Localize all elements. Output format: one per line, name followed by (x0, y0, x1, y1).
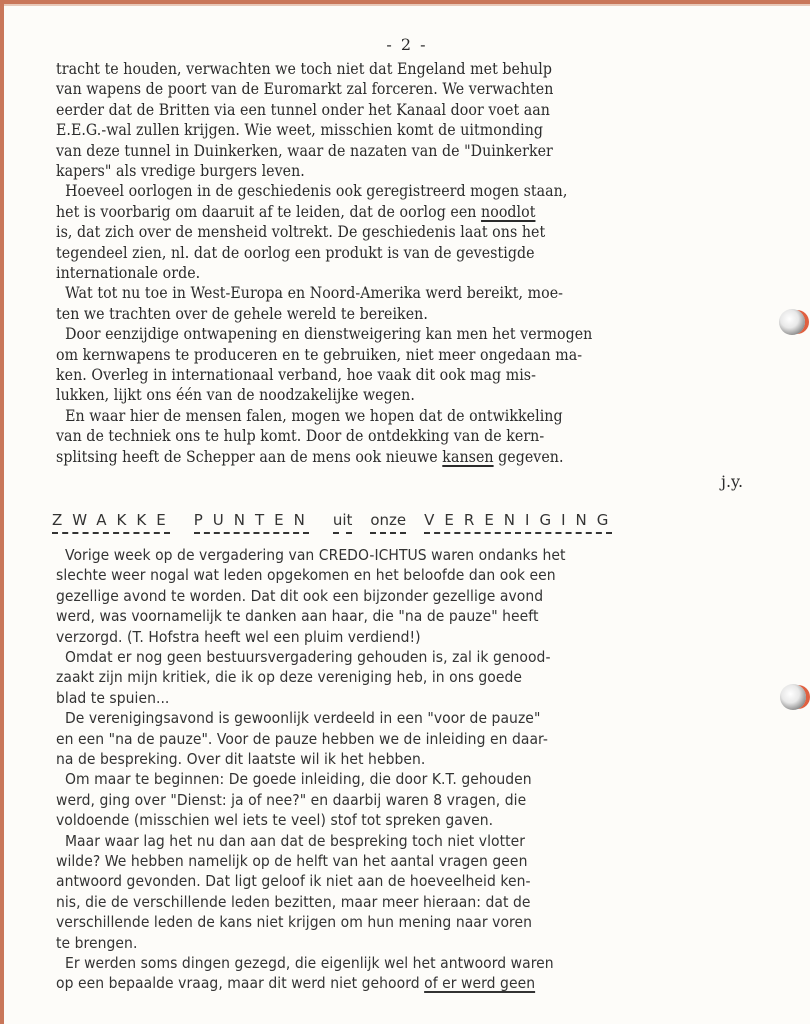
text-line: Om maar te beginnen: De goede inleiding,… (56, 770, 532, 788)
text-line: internationale orde. (56, 264, 200, 282)
text-line: wilde? We hebben namelijk op de helft va… (56, 852, 527, 870)
text-line: ten we trachten over de gehele wereld te… (56, 305, 428, 323)
text-line: tegendeel zien, nl. dat de oorlog een pr… (56, 244, 535, 262)
text-line: kapers" als vredige burgers leven. (56, 162, 305, 180)
text-line: Vorige week op de vergadering van CREDO-… (56, 546, 565, 564)
underlined-text: of er werd geen (424, 974, 535, 992)
text-line: gezellige avond te worden. Dat dit ook e… (56, 587, 543, 605)
text-line: En waar hier de mensen falen, mogen we h… (56, 407, 563, 425)
text-line: Er werden soms dingen gezegd, die eigenl… (56, 954, 554, 972)
text-line: lukken, lijkt ons één van de noodzakelij… (56, 386, 415, 404)
text-line: blad te spuien... (56, 689, 169, 707)
text-line: verschillende leden de kans niet krijgen… (56, 913, 532, 931)
text-line: is, dat zich over de mensheid voltrekt. … (56, 223, 545, 241)
text-line: en een "na de pauze". Voor de pauze hebb… (56, 730, 548, 748)
underlined-text: noodlot (481, 203, 535, 221)
text-line: om kernwapens te produceren en te gebrui… (56, 346, 582, 364)
heading-word: onze (370, 511, 406, 529)
text-line: van wapens de poort van de Euromarkt zal… (56, 80, 553, 98)
text-line: Door eenzijdige ontwapening en dienstwei… (56, 325, 592, 343)
text-line: werd, ging over "Dienst: ja of nee?" en … (56, 791, 526, 809)
text-line: op een bepaalde vraag, maar dit werd nie… (56, 974, 535, 992)
heading-word: uit (333, 511, 353, 529)
text-line: ken. Overleg in internationaal verband, … (56, 366, 536, 384)
text-line: van de techniek ons te hulp komt. Door d… (56, 427, 544, 445)
text-line: tracht te houden, verwachten we toch nie… (56, 60, 552, 78)
text-line: eerder dat de Britten via een tunnel ond… (56, 101, 550, 119)
text-line: werd, was voornamelijk te danken aan haa… (56, 607, 539, 625)
text-line: te brengen. (56, 934, 137, 952)
document-page: - 2 - tracht te houden, verwachten we to… (4, 4, 810, 1024)
hole-punch-mark (779, 309, 805, 335)
heading-word: ZWAKKE (52, 511, 176, 529)
text-line: Omdat er nog geen bestuursvergadering ge… (56, 648, 551, 666)
underlined-text: kansen (442, 448, 493, 466)
text-line: splitsing heeft de Schepper aan de mens … (56, 448, 564, 466)
text-line: voldoende (misschien wel iets te veel) s… (56, 811, 493, 829)
text-line: het is voorbarig om daaruit af te leiden… (56, 203, 535, 221)
hole-punch-mark (780, 684, 806, 710)
heading-word: PUNTEN (194, 511, 315, 529)
text-line: slechte weer nogal wat leden opgekomen e… (56, 566, 556, 584)
author-signature: j.y. (721, 472, 743, 491)
text-line: verzorgd. (T. Hofstra heeft wel een plui… (56, 628, 421, 646)
text-line: na de bespreking. Over dit laatste wil i… (56, 750, 425, 768)
text-line: van deze tunnel in Duinkerken, waar de n… (56, 142, 553, 160)
text-line: E.E.G.-wal zullen krijgen. Wie weet, mis… (56, 121, 543, 139)
heading-word: VERENIGING (424, 511, 618, 529)
text-line: zaakt zijn mijn kritiek, die ik op deze … (56, 668, 522, 686)
text-line: Hoeveel oorlogen in de geschiedenis ook … (56, 182, 567, 200)
text-line: De verenigingsavond is gewoonlijk verdee… (56, 709, 540, 727)
section-heading: ZWAKKEPUNTENuitonzeVERENIGING (52, 511, 636, 529)
text-line: Maar waar lag het nu dan aan dat de besp… (56, 832, 525, 850)
text-line: antwoord gevonden. Dat ligt geloof ik ni… (56, 872, 531, 890)
text-line: Wat tot nu toe in West-Europa en Noord-A… (56, 284, 563, 302)
text-line: nis, die de verschillende leden bezitten… (56, 893, 531, 911)
page-number: - 2 - (4, 35, 810, 54)
